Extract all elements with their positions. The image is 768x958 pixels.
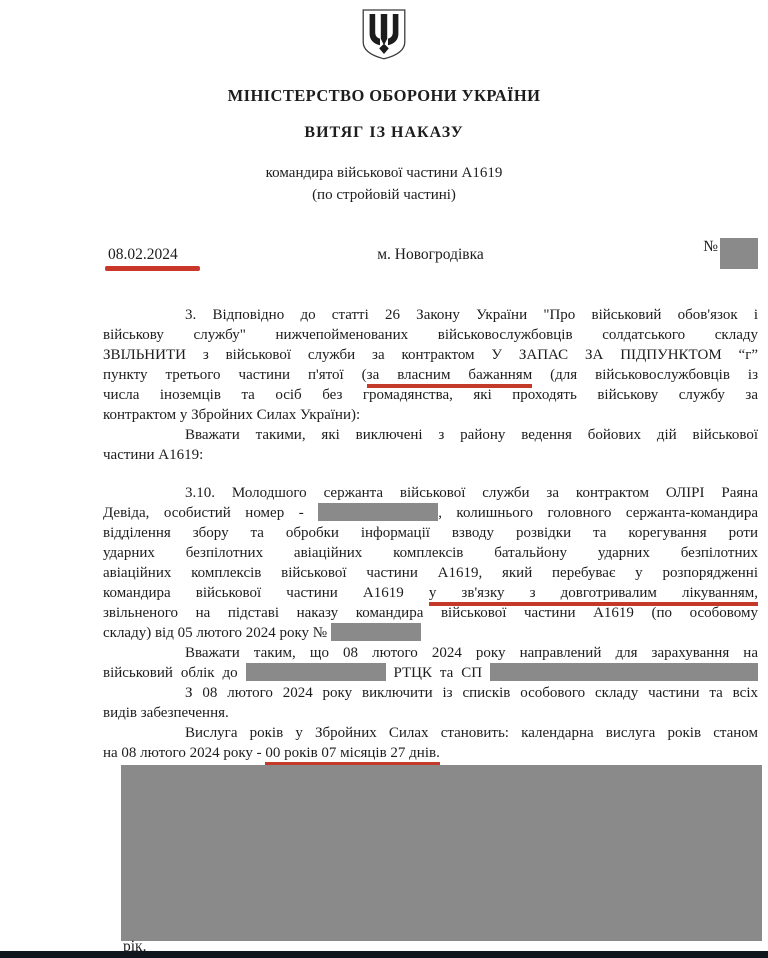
document-line: військовий облік до РТЦК та СП	[103, 663, 758, 683]
redaction-box	[246, 663, 386, 681]
document-line: Вислуга років у Збройних Силах становить…	[103, 723, 758, 743]
date-row: 08.02.2024 м. Новогродівка №	[103, 245, 758, 275]
document-line: складу) від 05 лютого 2024 року №	[103, 623, 758, 643]
document-line: Девіда, особистий номер - , колишнього г…	[103, 503, 758, 523]
redaction-box	[318, 503, 438, 521]
emblem-container	[0, 4, 768, 69]
document-line: частини А1619:	[103, 445, 758, 465]
ukraine-trident-icon	[360, 4, 408, 64]
document-body: 3. Відповідно до статті 26 Закону Україн…	[103, 298, 758, 763]
document-place: м. Новогродівка	[103, 246, 758, 264]
bottom-edge-bar	[0, 951, 768, 958]
document-number: №	[703, 238, 758, 269]
paragraph-3-10: 3.10. Молодшого сержанта військової служ…	[103, 483, 758, 643]
unit-line: (по стройовій частині)	[0, 187, 768, 204]
document-line: Вважати таким, що 08 лютого 2024 року на…	[103, 643, 758, 663]
document-line: на 08 лютого 2024 року - 00 років 07 міс…	[103, 743, 758, 763]
large-redaction-box	[121, 765, 762, 941]
document-line: контрактом у Збройних Силах України):	[103, 405, 758, 425]
document-line: звільненого на підставі наказу командира…	[103, 603, 758, 623]
document-line: Вважати такими, які виключені з району в…	[103, 425, 758, 445]
extract-title: ВИТЯГ ІЗ НАКАЗУ	[0, 124, 768, 142]
document-line: ударних безпілотних авіаційних комплексі…	[103, 543, 758, 563]
document-line: видів забезпечення.	[103, 703, 758, 723]
document-line: 3.10. Молодшого сержанта військової служ…	[103, 483, 758, 503]
date-red-underline	[105, 266, 200, 271]
document-line: пункту третього частини п'ятої (за власн…	[103, 365, 758, 385]
document-line: числа іноземців та осіб без громадянства…	[103, 385, 758, 405]
paragraph-service-length: Вислуга років у Збройних Силах становить…	[103, 723, 758, 763]
redaction-box	[331, 623, 421, 641]
document-line: військову службу" нижчепойменованих війс…	[103, 325, 758, 345]
redaction-box	[490, 663, 758, 681]
ministry-title: МІНІСТЕРСТВО ОБОРОНИ УКРАЇНИ	[0, 86, 768, 106]
document-line: командира військової частини А1619 у зв'…	[103, 583, 758, 603]
red-underlined-text: 00 років 07 місяців 27 днів.	[265, 745, 439, 766]
paragraph-exclude-lists: З 08 лютого 2024 року виключити із списк…	[103, 683, 758, 723]
paragraph-enlist: Вважати таким, що 08 лютого 2024 року на…	[103, 643, 758, 683]
document-line: ЗВІЛЬНИТИ з військової служби за контрак…	[103, 345, 758, 365]
document-line: 3. Відповідно до статті 26 Закону Україн…	[103, 305, 758, 325]
document-line: авіаційних комплексів військової частини…	[103, 563, 758, 583]
document-line: відділення збору та обробки інформації в…	[103, 523, 758, 543]
number-sign: №	[703, 238, 718, 256]
commander-line: командира військової частини А1619	[0, 165, 768, 182]
paragraph-excluded: Вважати такими, які виключені з району в…	[103, 425, 758, 465]
paragraph-3: 3. Відповідно до статті 26 Закону Україн…	[103, 305, 758, 425]
document-line: З 08 лютого 2024 року виключити із списк…	[103, 683, 758, 703]
redaction-box	[720, 238, 758, 269]
